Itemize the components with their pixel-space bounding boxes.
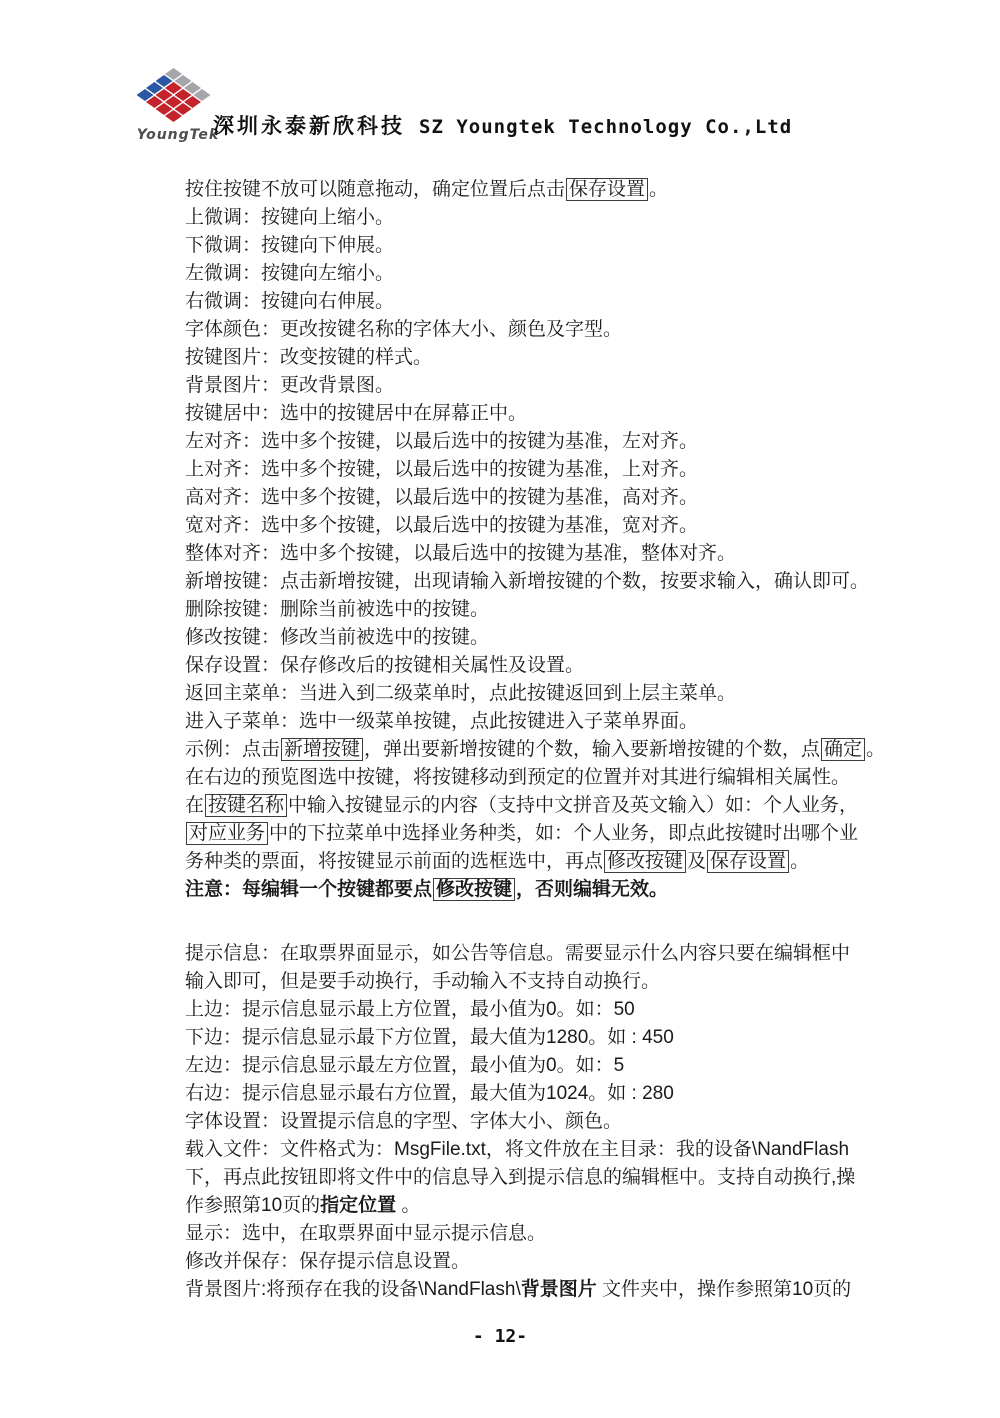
text-line: 修改按键：修改当前被选中的按键。	[185, 624, 895, 652]
text-line: 下边：提示信息显示最下方位置，最大值为1280。如 : 450	[185, 1024, 895, 1052]
boxed-term: 按键名称	[205, 794, 287, 817]
text-segment: 显示：选中，在取票界面中显示提示信息。	[185, 1223, 546, 1244]
text-line: 作参照第10页的指定位置 。	[185, 1192, 895, 1220]
text-segment: ，弹出要新增按键的个数，输入要新增按键的个数，点	[364, 739, 820, 760]
logo-wordmark: YoungTek	[135, 127, 221, 143]
text-segment: 及	[687, 851, 706, 872]
text-line: 上对齐：选中多个按键，以最后选中的按键为基准，上对齐。	[185, 456, 895, 484]
text-segment: 注意：每编辑一个按键都要点	[185, 879, 432, 900]
text-segment: 进入子菜单：选中一级菜单按键，点此按键进入子菜单界面。	[185, 711, 698, 732]
company-name-chinese: 深圳永泰新欣科技	[213, 115, 405, 138]
text-segment: 左微调：按键向左缩小。	[185, 263, 394, 284]
boxed-term: 保存设置	[707, 850, 789, 873]
text-line: 字体颜色：更改按键名称的字体大小、颜色及字型。	[185, 316, 895, 344]
text-line: 背景图片：更改背景图。	[185, 372, 895, 400]
text-segment: 中的下拉菜单中选择业务种类，如：个人业务，即点此按键时出哪个业	[269, 823, 858, 844]
text-line: 按住按键不放可以随意拖动，确定位置后点击保存设置。	[185, 176, 895, 204]
boxed-term: 对应业务	[186, 822, 268, 845]
text-line: 载入文件：文件格式为：MsgFile.txt，将文件放在主目录：我的设备\Nan…	[185, 1136, 895, 1164]
text-line: 删除按键：删除当前被选中的按键。	[185, 596, 895, 624]
logo-diamond-grid	[135, 68, 225, 124]
text-line: 右微调：按键向右伸展。	[185, 288, 895, 316]
text-segment: 左边：提示信息显示最左方位置，最小值为0。如：5	[185, 1055, 624, 1076]
text-segment: 字体设置：设置提示信息的字型、字体大小、颜色。	[185, 1111, 622, 1132]
text-line: 字体设置：设置提示信息的字型、字体大小、颜色。	[185, 1108, 895, 1136]
text-segment: 保存设置：保存修改后的按键相关属性及设置。	[185, 655, 584, 676]
text-line: 显示：选中，在取票界面中显示提示信息。	[185, 1220, 895, 1248]
text-line: 示例：点击新增按键，弹出要新增按键的个数，输入要新增按键的个数，点确定。	[185, 736, 895, 764]
page-header: 深圳永泰新欣科技SZ Youngtek Technology Co.,Ltd	[213, 110, 792, 140]
text-segment: 上对齐：选中多个按键，以最后选中的按键为基准，上对齐。	[185, 459, 698, 480]
text-segment: 背景图片：更改背景图。	[185, 375, 394, 396]
text-segment: 下，再点此按钮即将文件中的信息导入到提示信息的编辑框中。支持自动换行,操	[185, 1167, 855, 1188]
text-line: 在按键名称中输入按键显示的内容（支持中文拼音及英文输入）如：个人业务，	[185, 792, 895, 820]
text-segment: 下边：提示信息显示最下方位置，最大值为1280。如 : 450	[185, 1027, 674, 1048]
boxed-term: 修改按键	[604, 850, 686, 873]
text-segment: 返回主菜单：当进入到二级菜单时，点此按键返回到上层主菜单。	[185, 683, 736, 704]
text-line: 左微调：按键向左缩小。	[185, 260, 895, 288]
text-segment: 务种类的票面，将按键显示前面的选框选中，再点	[185, 851, 603, 872]
text-segment: 左对齐：选中多个按键，以最后选中的按键为基准，左对齐。	[185, 431, 698, 452]
text-segment: 。	[866, 739, 885, 760]
text-segment: ，否则编辑无效。	[516, 879, 668, 900]
text-segment: 示例：点击	[185, 739, 280, 760]
text-line: 在右边的预览图选中按键，将按键移动到预定的位置并对其进行编辑相关属性。	[185, 764, 895, 792]
text-line: 下，再点此按钮即将文件中的信息导入到提示信息的编辑框中。支持自动换行,操	[185, 1164, 895, 1192]
text-segment: 在	[185, 795, 204, 816]
text-segment: 下微调：按键向下伸展。	[185, 235, 394, 256]
text-segment: 作参照第10页的	[185, 1195, 320, 1216]
text-segment: 背景图片:将预存在我的设备\NandFlash\	[185, 1279, 521, 1300]
text-line: 返回主菜单：当进入到二级菜单时，点此按键返回到上层主菜单。	[185, 680, 895, 708]
text-segment: 输入即可，但是要手动换行，手动输入不支持自动换行。	[185, 971, 660, 992]
text-line: 按键居中：选中的按键居中在屏幕正中。	[185, 400, 895, 428]
boxed-term: 保存设置	[566, 178, 648, 201]
text-segment: 上边：提示信息显示最上方位置，最小值为0。如：50	[185, 999, 635, 1020]
text-segment: 修改按键：修改当前被选中的按键。	[185, 627, 489, 648]
text-segment: 修改并保存：保存提示信息设置。	[185, 1251, 470, 1272]
text-segment: 文件夹中，操作参照第10页的	[597, 1279, 851, 1300]
text-line: 对应业务中的下拉菜单中选择业务种类，如：个人业务，即点此按键时出哪个业	[185, 820, 895, 848]
text-line: 背景图片:将预存在我的设备\NandFlash\背景图片 文件夹中，操作参照第1…	[185, 1276, 895, 1304]
text-segment: 提示信息：在取票界面显示，如公告等信息。需要显示什么内容只要在编辑框中	[185, 943, 850, 964]
text-line: 下微调：按键向下伸展。	[185, 232, 895, 260]
text-segment: 按键居中：选中的按键居中在屏幕正中。	[185, 403, 527, 424]
text-line: 务种类的票面，将按键显示前面的选框选中，再点修改按键及保存设置。	[185, 848, 895, 876]
text-line: 上微调：按键向上缩小。	[185, 204, 895, 232]
boxed-term: 修改按键	[433, 878, 515, 901]
company-name-english: SZ Youngtek Technology Co.,Ltd	[419, 116, 792, 138]
page-number: - 12-	[0, 1326, 1000, 1347]
text-line: 上边：提示信息显示最上方位置，最小值为0。如：50	[185, 996, 895, 1024]
text-segment: 中输入按键显示的内容（支持中文拼音及英文输入）如：个人业务，	[288, 795, 858, 816]
text-segment: 高对齐：选中多个按键，以最后选中的按键为基准，高对齐。	[185, 487, 698, 508]
text-segment: 在右边的预览图选中按键，将按键移动到预定的位置并对其进行编辑相关属性。	[185, 767, 850, 788]
text-line: 保存设置：保存修改后的按键相关属性及设置。	[185, 652, 895, 680]
text-line: 按键图片：改变按键的样式。	[185, 344, 895, 372]
text-segment: 按住按键不放可以随意拖动，确定位置后点击	[185, 179, 565, 200]
text-line: 右边：提示信息显示最右方位置，最大值为1024。如 : 280	[185, 1080, 895, 1108]
document-page: YoungTek 深圳永泰新欣科技SZ Youngtek Technology …	[0, 0, 1000, 1418]
text-segment: 右微调：按键向右伸展。	[185, 291, 394, 312]
text-segment: 指定位置	[320, 1195, 396, 1216]
company-logo: YoungTek	[135, 68, 225, 143]
text-segment: 按键图片：改变按键的样式。	[185, 347, 432, 368]
text-segment: 上微调：按键向上缩小。	[185, 207, 394, 228]
text-line: 高对齐：选中多个按键，以最后选中的按键为基准，高对齐。	[185, 484, 895, 512]
text-segment: 字体颜色：更改按键名称的字体大小、颜色及字型。	[185, 319, 622, 340]
text-segment: 新增按键：点击新增按键，出现请输入新增按键的个数，按要求输入，确认即可。	[185, 571, 869, 592]
text-segment: 右边：提示信息显示最右方位置，最大值为1024。如 : 280	[185, 1083, 674, 1104]
text-line: 进入子菜单：选中一级菜单按键，点此按键进入子菜单界面。	[185, 708, 895, 736]
text-segment: 。	[649, 179, 668, 200]
text-segment: 。	[396, 1195, 420, 1216]
text-segment: 载入文件：文件格式为：MsgFile.txt，将文件放在主目录：我的设备\Nan…	[185, 1139, 849, 1160]
text-line: 整体对齐：选中多个按键，以最后选中的按键为基准，整体对齐。	[185, 540, 895, 568]
text-segment: 背景图片	[521, 1279, 597, 1300]
text-line: 输入即可，但是要手动换行，手动输入不支持自动换行。	[185, 968, 895, 996]
text-segment: 。	[790, 851, 809, 872]
text-line: 左对齐：选中多个按键，以最后选中的按键为基准，左对齐。	[185, 428, 895, 456]
text-segment: 宽对齐：选中多个按键，以最后选中的按键为基准，宽对齐。	[185, 515, 698, 536]
text-line: 注意：每编辑一个按键都要点修改按键，否则编辑无效。	[185, 876, 895, 904]
text-line: 修改并保存：保存提示信息设置。	[185, 1248, 895, 1276]
boxed-term: 确定	[821, 738, 865, 761]
text-segment: 整体对齐：选中多个按键，以最后选中的按键为基准，整体对齐。	[185, 543, 736, 564]
boxed-term: 新增按键	[281, 738, 363, 761]
text-line: 提示信息：在取票界面显示，如公告等信息。需要显示什么内容只要在编辑框中	[185, 940, 895, 968]
text-line: 左边：提示信息显示最左方位置，最小值为0。如：5	[185, 1052, 895, 1080]
text-line: 宽对齐：选中多个按键，以最后选中的按键为基准，宽对齐。	[185, 512, 895, 540]
text-segment: 删除按键：删除当前被选中的按键。	[185, 599, 489, 620]
document-lines: 按住按键不放可以随意拖动，确定位置后点击保存设置。上微调：按键向上缩小。下微调：…	[185, 176, 895, 1304]
text-line: 新增按键：点击新增按键，出现请输入新增按键的个数，按要求输入，确认即可。	[185, 568, 895, 596]
